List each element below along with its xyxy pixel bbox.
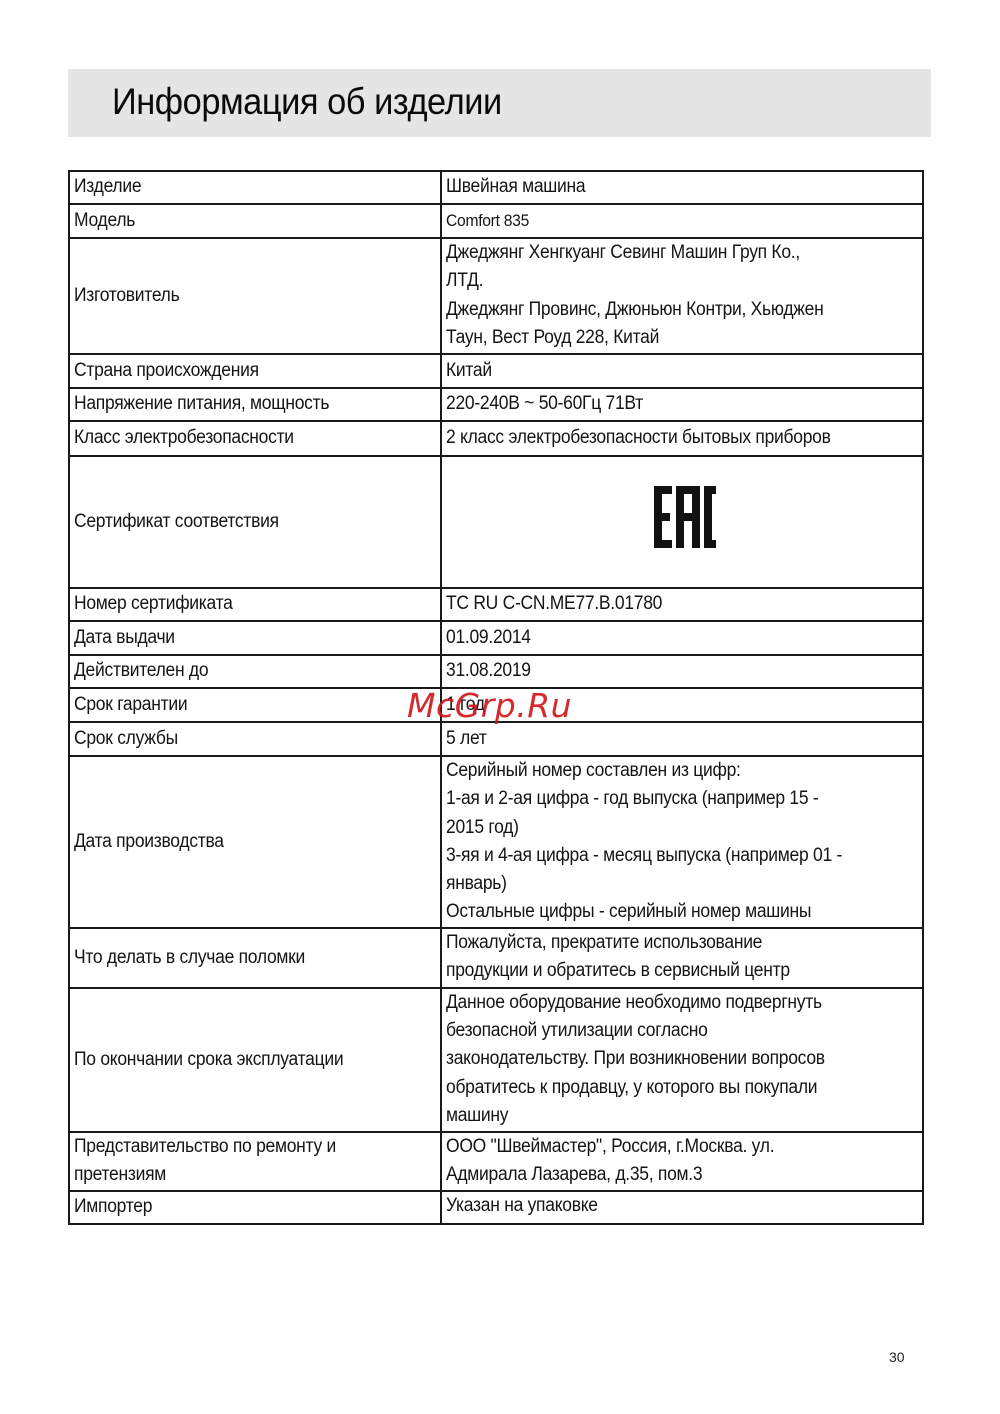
value-line: 2015 год) <box>446 814 880 842</box>
value-line: Данное оборудование необходимо подвергну… <box>446 989 880 1017</box>
value-line: Остальные цифры - серийный номер машины <box>446 898 880 926</box>
row-label: Действителен до <box>69 655 441 688</box>
value-line: Серийный номер составлен из цифр: <box>446 757 880 785</box>
title-band: Информация об изделии <box>68 69 931 137</box>
row-value: Данное оборудование необходимо подвергну… <box>441 988 923 1132</box>
row-value: Китай <box>441 354 923 388</box>
row-value: 1 год <box>441 688 923 722</box>
value-line: 31.08.2019 <box>446 657 880 685</box>
row-label: Номер сертификата <box>69 588 441 621</box>
row-value-text: 31.08.2019 <box>446 657 880 685</box>
row-value: ООО "Швеймастер", Россия, г.Москва. ул.А… <box>441 1132 923 1191</box>
value-line: Comfort 835 <box>446 207 880 235</box>
value-line: законодательству. При возникновении вопр… <box>446 1045 880 1073</box>
row-label: По окончании срока эксплуатации <box>69 988 441 1132</box>
page-title: Информация об изделии <box>112 79 502 125</box>
row-label-text: Изготовитель <box>74 282 407 310</box>
row-value: Пожалуйста, прекратите использованиепрод… <box>441 928 923 988</box>
row-label-text: По окончании срока эксплуатации <box>74 1046 407 1074</box>
row-label: Что делать в случае поломки <box>69 928 441 988</box>
row-label-text: Напряжение питания, мощность <box>74 390 407 418</box>
value-line: Китай <box>446 357 880 385</box>
table-row: Что делать в случае поломкиПожалуйста, п… <box>69 928 923 988</box>
row-label: Класс электробезопасности <box>69 421 441 456</box>
row-value: 2 класс электробезопасности бытовых приб… <box>441 421 923 456</box>
value-line: ЛТД. <box>446 267 880 295</box>
label-line: Представительство по ремонту и <box>74 1133 407 1161</box>
row-value: Указан на упаковке <box>441 1191 923 1224</box>
table-row: МодельComfort 835 <box>69 204 923 238</box>
row-label: Срок гарантии <box>69 688 441 722</box>
value-line: TC RU C-CN.ME77.B.01780 <box>446 590 880 618</box>
row-label: Дата выдачи <box>69 621 441 655</box>
row-value-text: Джеджянг Хенгкуанг Севинг Машин Груп Ко.… <box>446 239 880 352</box>
row-label: Напряжение питания, мощность <box>69 388 441 421</box>
row-label-text: Дата выдачи <box>74 624 407 652</box>
row-label-text: Представительство по ремонту ипретензиям <box>74 1133 407 1190</box>
row-value-text: Comfort 835 <box>446 207 880 235</box>
table-row: Напряжение питания, мощность220-240В ~ 5… <box>69 388 923 421</box>
value-line: 2 класс электробезопасности бытовых приб… <box>446 424 880 452</box>
row-value-text: Указан на упаковке <box>446 1192 880 1220</box>
table-row: Страна происхожденияКитай <box>69 354 923 388</box>
row-value-text: Швейная машина <box>446 173 880 201</box>
row-label-text: Импортер <box>74 1193 407 1221</box>
row-label-text: Изделие <box>74 173 407 201</box>
row-value-text: 01.09.2014 <box>446 624 880 652</box>
row-value-text: Китай <box>446 357 880 385</box>
row-label: Дата производства <box>69 756 441 928</box>
table-row: Представительство по ремонту ипретензиям… <box>69 1132 923 1191</box>
row-value: TC RU C-CN.ME77.B.01780 <box>441 588 923 621</box>
row-value-text: 5 лет <box>446 725 880 753</box>
row-label-text: Сертификат соответствия <box>74 508 407 536</box>
row-value: Comfort 835 <box>441 204 923 238</box>
value-line: январь) <box>446 870 880 898</box>
row-label-text: Класс электробезопасности <box>74 424 407 452</box>
table-row: Действителен до31.08.2019 <box>69 655 923 688</box>
table-row: По окончании срока эксплуатацииДанное об… <box>69 988 923 1132</box>
value-line: 01.09.2014 <box>446 624 880 652</box>
row-label-text: Что делать в случае поломки <box>74 944 407 972</box>
value-line: машину <box>446 1102 880 1130</box>
product-info-table: ИзделиеШвейная машинаМодельComfort 835Из… <box>68 170 924 1225</box>
table-row: ИмпортерУказан на упаковке <box>69 1191 923 1224</box>
table-row: Срок службы5 лет <box>69 722 923 756</box>
row-value: Серийный номер составлен из цифр:1-ая и … <box>441 756 923 928</box>
row-value: 31.08.2019 <box>441 655 923 688</box>
row-value <box>441 456 923 588</box>
row-value: Джеджянг Хенгкуанг Севинг Машин Груп Ко.… <box>441 238 923 354</box>
value-line: продукции и обратитесь в сервисный центр <box>446 957 880 985</box>
value-line: 1-ая и 2-ая цифра - год выпуска (наприме… <box>446 785 880 813</box>
table-row: Сертификат соответствия <box>69 456 923 588</box>
value-line: 3-яя и 4-ая цифра - месяц выпуска (напри… <box>446 842 880 870</box>
row-value: 220-240В ~ 50-60Гц 71Вт <box>441 388 923 421</box>
row-label: Сертификат соответствия <box>69 456 441 588</box>
value-line: Указан на упаковке <box>446 1192 880 1220</box>
row-label: Импортер <box>69 1191 441 1224</box>
row-label: Изделие <box>69 171 441 204</box>
value-line: Джеджянг Хенгкуанг Севинг Машин Груп Ко.… <box>446 239 880 267</box>
row-label: Срок службы <box>69 722 441 756</box>
row-value-text: TC RU C-CN.ME77.B.01780 <box>446 590 880 618</box>
eac-mark-icon <box>654 486 716 548</box>
row-label-text: Действителен до <box>74 657 407 685</box>
table-row: Номер сертификатаTC RU C-CN.ME77.B.01780 <box>69 588 923 621</box>
row-value: Швейная машина <box>441 171 923 204</box>
row-value: 01.09.2014 <box>441 621 923 655</box>
value-line: 220-240В ~ 50-60Гц 71Вт <box>446 390 880 418</box>
value-line: Адмирала Лазарева, д.35, пом.3 <box>446 1161 880 1189</box>
row-label: Изготовитель <box>69 238 441 354</box>
table-row: Класс электробезопасности2 класс электро… <box>69 421 923 456</box>
row-value-text: 1 год <box>446 691 880 719</box>
row-label-text: Срок службы <box>74 725 407 753</box>
table-row: Дата производстваСерийный номер составле… <box>69 756 923 928</box>
value-line: ООО "Швеймастер", Россия, г.Москва. ул. <box>446 1133 880 1161</box>
table-row: Срок гарантии1 год <box>69 688 923 722</box>
label-line: претензиям <box>74 1161 407 1189</box>
row-label: Модель <box>69 204 441 238</box>
row-label-text: Модель <box>74 207 407 235</box>
row-value-text: 220-240В ~ 50-60Гц 71Вт <box>446 390 880 418</box>
row-value-text: 2 класс электробезопасности бытовых приб… <box>446 424 880 452</box>
table-row: ИзделиеШвейная машина <box>69 171 923 204</box>
row-label-text: Страна происхождения <box>74 357 407 385</box>
row-label: Представительство по ремонту ипретензиям <box>69 1132 441 1191</box>
table-row: Дата выдачи01.09.2014 <box>69 621 923 655</box>
value-line: 5 лет <box>446 725 880 753</box>
value-line: Джеджянг Провинс, Джюньюн Контри, Хьюдже… <box>446 296 880 324</box>
row-value-text: Серийный номер составлен из цифр:1-ая и … <box>446 757 880 927</box>
row-label-text: Дата производства <box>74 828 407 856</box>
value-line: 1 год <box>446 691 880 719</box>
row-value-text: ООО "Швеймастер", Россия, г.Москва. ул.А… <box>446 1133 880 1190</box>
row-label-text: Срок гарантии <box>74 691 407 719</box>
row-label: Страна происхождения <box>69 354 441 388</box>
value-line: безопасной утилизации согласно <box>446 1017 880 1045</box>
row-value-text: Данное оборудование необходимо подвергну… <box>446 989 880 1130</box>
value-line: Пожалуйста, прекратите использование <box>446 929 880 957</box>
table-row: ИзготовительДжеджянг Хенгкуанг Севинг Ма… <box>69 238 923 354</box>
row-value-text: Пожалуйста, прекратите использованиепрод… <box>446 929 880 986</box>
row-value: 5 лет <box>441 722 923 756</box>
value-line: Швейная машина <box>446 173 880 201</box>
page-number: 30 <box>889 1349 905 1365</box>
value-line: обратитесь к продавцу, у которого вы пок… <box>446 1074 880 1102</box>
value-line: Таун, Вест Роуд 228, Китай <box>446 324 880 352</box>
row-label-text: Номер сертификата <box>74 590 407 618</box>
